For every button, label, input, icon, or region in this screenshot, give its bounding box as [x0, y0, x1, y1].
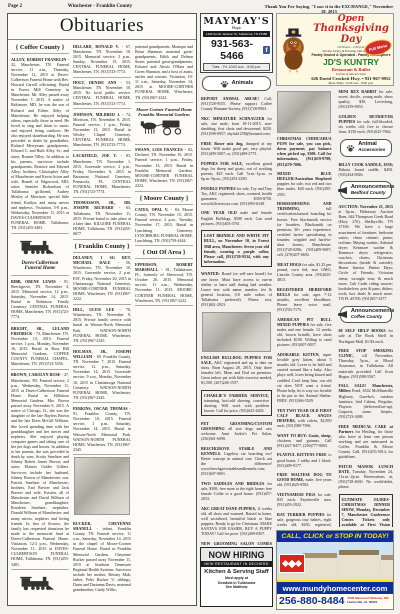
- entry-lead: VIETNAMESE PIGS: [277, 492, 315, 497]
- entry-lead: LACKFIELD, JOE V.: [73, 153, 117, 158]
- classified-ad: FREE Boxer mix dog, dumped at my house. …: [201, 141, 272, 156]
- entry-lead: CHRISTMAS CHIHUAHUA PUPS: [277, 136, 332, 146]
- obituary-entry: BROWN, CAROLYN ROSE - 47, Manchester, TN…: [11, 370, 69, 570]
- obituary-entry: DELANEY, 1 SG RET. MICHAEL DALE - 56, Wi…: [73, 253, 131, 305]
- classified-ad: WANT TO BUY: Goats, sheep, chickens and …: [277, 433, 332, 448]
- page-header: Page 2 Winchester - Franklin County Than…: [0, 0, 400, 13]
- mundy-headline: CALL, CLICK or STOP IN TODAY!: [277, 531, 393, 542]
- entry-lead: FREE MEDICAL CARE at Partners: [339, 424, 394, 434]
- classified-ad: MINI REX RABBIT for sale, sweet, docile,…: [339, 89, 394, 109]
- classified-ad: TEN TWO YEAR OLD FIRST CALF BLACK ANGUS …: [277, 408, 332, 428]
- pill-label: Animals: [232, 81, 254, 87]
- mundy-home-center-ad: CALL, CLICK or STOP IN TODAY! www.mundyh…: [276, 530, 394, 610]
- classified-ad: AMERICAN PIT BULL MIXED PUPPIES for sale…: [277, 317, 332, 348]
- entry-lead: ULTIMATE OLDIES-CHRISTMAS DINNER SHOW,: [342, 497, 391, 512]
- entry-lead: PUPPIES FOR SALE,: [201, 161, 243, 166]
- classified-ad: RAT TERRIER PUPPIES for sale, gorgeous t…: [277, 512, 332, 527]
- jd-hours-weekend: Fri. 11:00 a.m. - 9:00 p.m. • Sat. & Sun…: [309, 85, 393, 87]
- entry-lead: CATES, OPAL V.: [135, 207, 168, 212]
- county-section-heading: { Out Of Area }: [135, 246, 193, 259]
- classified-ad: REGISTERED HEREFORD BULLS for sale, ages…: [277, 287, 332, 313]
- classified-ad: ULTIMATE OLDIES-CHRISTMAS DINNER SHOW, M…: [339, 494, 394, 527]
- right-classified-column-1: CHRISTMAS CHIHUAHUA PUPS for sale, you c…: [276, 89, 333, 527]
- pill-label: AnnouncementsCoffee County: [351, 309, 394, 320]
- entry-lead: PET GROOMING/CUSTOM GROOMING: [201, 421, 272, 431]
- entry-lead: FREE STOP SMOKING CLINIC,: [339, 348, 394, 358]
- middle-classified-ads: AnimalsREPORT ANIMAL ABUSE! Call, (931)7…: [200, 76, 273, 545]
- maymays-phone: 931-563-5466: [203, 38, 261, 62]
- entry-lead: GOLDEN RETRIEVER PUPPIES: [339, 114, 394, 124]
- entry-lead: 68 SELF HELP BOOKS: [339, 328, 386, 333]
- megaphone-icon: [338, 187, 348, 194]
- obituary-entry: paternal grandparents, Monique and Brian…: [135, 41, 193, 103]
- classifieds-middle-column: MAYMAY'S Magic 1409 South Jackson St, Tu…: [200, 13, 273, 545]
- train-icon: [18, 242, 62, 259]
- obituary-entry: HILL, ULYIS LEE - 78, Winchester, TN. No…: [73, 305, 131, 347]
- house-shape: [339, 550, 379, 577]
- carriage-icon: [139, 123, 189, 140]
- entry-lead: ALLEY, ROBERT FRANKLIN: [11, 57, 66, 62]
- entry-lead: FREE Boxer mix dog,: [201, 141, 243, 146]
- page-number: Page 2: [8, 4, 22, 9]
- mundy-website: www.mundyhomecenter.com: [277, 580, 393, 594]
- classified-ad: FREE MEDICAL CARE at Partners for Healin…: [339, 424, 394, 460]
- entry-lead: ONE YEAR OLD: [201, 210, 237, 215]
- now-hiring-title: NOW HIRING: [201, 548, 272, 561]
- jds-kuntry-ad: Full Menu Open Thanksgiving Day 10:30 a.…: [276, 13, 394, 86]
- classified-ad: PLAYFUL KITTENS FREE to good home, 1 tab…: [277, 452, 332, 467]
- maymays-ad: MAYMAY'S Magic 1409 South Jackson St, Tu…: [200, 13, 273, 73]
- house-shape: [381, 555, 393, 576]
- entry-lead: HOLT, DENISE ANN: [73, 80, 116, 85]
- entry-lead: HORSESHOEING AND TRIMMING,: [277, 201, 332, 211]
- diamond-icon: [295, 560, 302, 567]
- classified-ad: PUPPIES FOR SALE, excellent guard dogs f…: [201, 161, 272, 181]
- obituary-entry: ALLEY, ROBERT FRANKLIN - 32, Manchester,…: [11, 54, 69, 234]
- obituaries-column-1: { Coffee County }ALLEY, ROBERT FRANKLIN …: [11, 41, 69, 594]
- pill-label: AnnouncementsBedford County: [351, 185, 394, 196]
- obituaries-box: Obituaries { Coffee County }ALLEY, ROBER…: [7, 13, 197, 606]
- classified-ad: ONE YEAR OLD male and female English Bul…: [201, 210, 272, 225]
- entry-lead: RAT TERRIER PUPPIES: [277, 512, 325, 517]
- entry-lead: FREE MALTESE DOG TO GOOD HOME,: [277, 472, 332, 482]
- right-classified-columns: CHRISTMAS CHIHUAHUA PUPS for sale, you c…: [276, 89, 394, 527]
- entry-lead: PERKINS, OSCAR THOMAS: [73, 406, 128, 411]
- entry-lead: RUCKER, CHEYENNE SHANELL: [73, 521, 131, 531]
- daves-culbertson-funeral-home-logo: Daves-CulbertsonFuneral Home: [11, 570, 69, 594]
- classified-ad: FREE MALTESE DOG TO GOOD HOME, male, fiv…: [277, 472, 332, 487]
- classified-ad: VIETNAMESE PIGS for sale, $35 each, Faye…: [277, 492, 332, 507]
- classified-ad: TWO SADDLES AND BRIDLES for sale, $300; …: [201, 481, 272, 501]
- classified-ad: AUCTION: November 21, 2015 at 6p.m., Hid…: [339, 204, 394, 301]
- entry-lead: PLAYFUL KITTENS FREE: [277, 452, 327, 457]
- classified-ad: POODLE PUPPIES for sale, Toy and Tiny To…: [201, 186, 272, 206]
- jd-restaurant-name: JD'S KUNTRY: [309, 58, 393, 67]
- classified-ad: FALL SALE! Manchester, Millers Pond, 654…: [339, 383, 394, 419]
- entry-lead: AMERICAN PIT BULL MIXED PUPPIES: [277, 317, 332, 327]
- classified-ad: HORSESHOEING AND TRIMMING, full certific…: [277, 201, 332, 257]
- entry-lead: MEAT HOGS: [277, 262, 301, 267]
- obituary-entry: BIBB, ORENE LEWIS - 91, Beechgrove, TN. …: [11, 276, 69, 323]
- classified-ad: AKC GREAT DANE PUPPIES, 11 weeks old, al…: [201, 506, 272, 537]
- classified-ad: LOST BRINDLE AND WHITE PIT BULL, on Nove…: [201, 230, 272, 267]
- entry-lead: REGISTERED HEREFORD BULLS: [277, 287, 332, 297]
- paw-icon: [346, 144, 355, 152]
- entry-lead: BEECHGROVE STABLE AND KENNELS.: [201, 446, 272, 456]
- entry-lead: DELANEY, 1 SG RET. MICHAEL DALE: [73, 255, 131, 265]
- obituary-entry: LACKFIELD, JOE V. - 83, Manchester, TN. …: [73, 151, 131, 198]
- now-hiring-ad: NOW HIRING NEW RESTAURANT IN DECHERD Kit…: [200, 547, 273, 607]
- classified-ad: BEECHGROVE STABLE AND KENNELS. Cageless …: [201, 446, 272, 477]
- entry-lead: HILL, ULYIS LEE: [73, 307, 114, 312]
- turkey-icon: [278, 26, 309, 79]
- classified-ad: WANTED: Board (or self-care board) for o…: [201, 271, 272, 307]
- obituary-entry: EPPERSON, ROBERT MARSHALL - 81, Tallahas…: [135, 259, 193, 306]
- obituary-entry: JOHNSON, MILDRED J. - 74, Morrison, TN. …: [73, 109, 131, 151]
- entry-lead: ENGLISH BULLDOG PUPPIES FOR SALE,: [201, 355, 272, 365]
- funeral-home-caption: Daves-CulbertsonFuneral Home: [11, 261, 69, 273]
- obituary-entry: SWANN, LOIS FRANCES - 82, Decherd, TN. N…: [135, 145, 193, 192]
- county-section-heading: { Coffee County }: [11, 41, 69, 54]
- entry-lead: WANTED:: [201, 271, 220, 276]
- entry-lead: SWANN, LOIS FRANCES: [135, 147, 183, 152]
- classified-ad: CHRISTMAS CHIHUAHUA PUPS for sale, you c…: [277, 136, 332, 167]
- entry-lead: EPPERSON, ROBERT MARSHALL: [135, 262, 193, 272]
- obituary-entry: PERKINS, OSCAR THOMAS - 91, Franklin Cou…: [73, 403, 131, 455]
- classified-ad: PATCH MANOR LUNCH DATE, Tuesday, Novembe…: [339, 464, 394, 490]
- entry-lead: MIXED BLUE HEELER/Australian Shepherd: [277, 171, 332, 181]
- daves-culbertson-funeral-home-logo: Daves-CulbertsonFuneral Home: [11, 234, 69, 277]
- entry-lead: FALL SALE! Manchester, Millers: [339, 383, 394, 393]
- entry-lead: WANT TO BUY: Goats, sheep,: [277, 433, 332, 438]
- obituary-entry: THOMASSON, JR., DR. JOSEPH RICHARD - 63,…: [73, 198, 131, 240]
- obituary-entry: BRIGHT, SR., LELAND FREDRICK - 73, Manch…: [11, 323, 69, 370]
- now-hiring-line3: See Matthew: [226, 585, 248, 589]
- paw-icon: [220, 80, 229, 88]
- page-header-center: Winchester - Franklin County: [60, 4, 140, 9]
- entry-lead: AUCTION: November 21, 2015: [339, 204, 394, 209]
- county-section-heading: { Franklin County }: [73, 240, 131, 253]
- bulldog-puppies-photo: [202, 312, 271, 352]
- entry-lead: THOMASSON, JR., DR. JOSEPH RICHARD: [73, 200, 131, 210]
- entry-lead: BRIGHT, SR., LELAND FREDRICK: [11, 326, 69, 336]
- now-hiring-line2: Gondola in Tullahoma: [218, 581, 255, 585]
- entry-lead: CHARLIE'S FARRIER SERVICE,: [204, 393, 269, 398]
- homes-photo: [277, 542, 393, 580]
- section-header-pill: AnimalAccessories: [340, 139, 393, 157]
- mundy-address-line2: Huntsville, AL 35801: [347, 600, 377, 604]
- right-classified-column-2: MINI REX RABBIT for sale, sweet, docile,…: [338, 89, 395, 527]
- obituary-entry: HOLMAN, JR., JOSEPH WILLIAM - 69, Frankl…: [73, 346, 131, 403]
- house-shape: [303, 553, 337, 576]
- jd-address-phone: 626 David Crockett Hwy. • 931-967-9952: [309, 76, 393, 81]
- classified-ad: FREE STOP SMOKING CLINIC, till November,…: [339, 348, 394, 379]
- pill-label: AnimalAccessories: [358, 142, 385, 153]
- entry-lead: PATCH MANOR LUNCH DATE,: [339, 464, 394, 474]
- entry-lead: HOLMAN, JR., JOSEPH WILLIAM: [73, 349, 131, 359]
- section-header-pill: AnnouncementsCoffee County: [340, 306, 393, 324]
- classified-ad: REPORT ANIMAL ABUSE! Call, (931)728-9555…: [201, 96, 272, 111]
- now-hiring-line1: Must apply at: [225, 576, 248, 580]
- entry-lead: LOST BRINDLE AND WHITE PIT BULL,: [204, 233, 269, 243]
- megaphone-icon: [338, 311, 348, 318]
- entry-lead: REPORT ANIMAL ABUSE!: [201, 96, 259, 101]
- entry-lead: ADORABLE KITTEN,: [277, 352, 320, 357]
- obituaries-columns: { Coffee County }ALLEY, ROBERT FRANKLIN …: [8, 40, 196, 595]
- classified-ad: 68 SELF HELP BOOKS for sale at The Book …: [339, 328, 394, 343]
- classified-ad: GOLDEN RETRIEVER PUPPIES for sale, full-…: [339, 114, 394, 134]
- facebook-icon: f: [263, 46, 270, 54]
- train-icon: [18, 578, 62, 594]
- obituary-entry: DILLARD, RONALD V. - 67, Manchester, TN.…: [73, 41, 131, 78]
- classified-ad: MIXED BLUE HEELER/Australian Shepherd pu…: [277, 171, 332, 197]
- classified-ad: NKC MINIATURE SCHNAUZER for sale, one ma…: [201, 116, 272, 136]
- obituary-entry: HOLT, DENISE ANN - 53, Manchester, TN. N…: [73, 78, 131, 110]
- entry-lead: BILLY COOK SADDLE, $550;: [339, 162, 394, 167]
- obituaries-column-3: paternal grandparents, Monique and Brian…: [135, 41, 193, 594]
- entry-lead: DILLARD, RONALD V.: [73, 44, 119, 49]
- mundy-logo-icon: [279, 554, 305, 573]
- infant-photo: [74, 457, 129, 515]
- obituaries-title: Obituaries: [8, 14, 196, 40]
- entry-lead: AKC GREAT DANE PUPPIES,: [201, 506, 256, 511]
- entry-lead: TWO SADDLES AND BRIDLES: [201, 481, 264, 486]
- classified-ad: CHARLIE'S FARRIER SERVICE, trimming, hot…: [201, 390, 272, 416]
- entry-lead: TEN TWO YEAR OLD FIRST CALF BLACK ANGUS …: [277, 408, 332, 423]
- classified-ad: PET GROOMING/CUSTOM GROOMING all size do…: [201, 421, 272, 441]
- section-header-pill: AnnouncementsBedford County: [340, 181, 393, 199]
- classified-ad: NEW GROOMING SALON COMES TO MANCHESTER! …: [201, 541, 272, 545]
- entry-lead: JOHNSON, MILDRED J.: [73, 112, 120, 117]
- entry-lead: POODLE PUPPIES: [201, 186, 236, 191]
- chihuahua-puppies-photo: [277, 91, 331, 133]
- entry-lead: NKC MINIATURE SCHNAUZER: [201, 116, 264, 121]
- section-header-pill: Animals: [202, 76, 271, 91]
- classified-ad: ENGLISH BULLDOG PUPPIES FOR SALE, AKC re…: [201, 355, 272, 386]
- entry-lead: BROWN, CAROLYN ROSE: [11, 372, 60, 377]
- mundy-phone: 256-880-8484: [279, 595, 344, 607]
- obituaries-column-2: DILLARD, RONALD V. - 67, Manchester, TN.…: [73, 41, 131, 594]
- maymays-address: 1409 South Jackson St, Tullahoma, TN 373…: [203, 31, 270, 37]
- entry-lead: BIBB, ORENE LEWIS: [11, 279, 56, 284]
- classified-ad: MEAT HOGS for sale, $1.25 per pound, cor…: [277, 262, 332, 282]
- county-section-heading: { Moore County }: [135, 192, 193, 205]
- funeral-home-caption: Moore-Cortner Funeral HomeFranklin Memor…: [135, 107, 193, 118]
- entry-lead: MINI REX RABBIT: [339, 89, 377, 94]
- obituary-entry: CATES, OPAL V. - 84, Moore County, TN. N…: [135, 205, 193, 247]
- classified-ad: ADORABLE KITTEN, super lovable grey kitt…: [277, 352, 332, 403]
- moore-cortner-funeral-home-logo: Moore-Cortner Funeral HomeFranklin Memor…: [135, 103, 193, 145]
- obituary-entry: RUCKER, CHEYENNE SHANELL - infant, Frank…: [73, 518, 131, 594]
- maymays-hours: Tues. - Fri. 10:00 a.m. - 5:00 p.m.: [203, 63, 270, 71]
- entry-lead: NEW GROOMING SALON COMES TO MANCHESTER!: [201, 541, 272, 545]
- now-hiring-staff: Kitchen & Serving Staff: [201, 567, 272, 576]
- classified-ad: BILLY COOK SADDLE, $550; Dakota brand sa…: [339, 162, 394, 177]
